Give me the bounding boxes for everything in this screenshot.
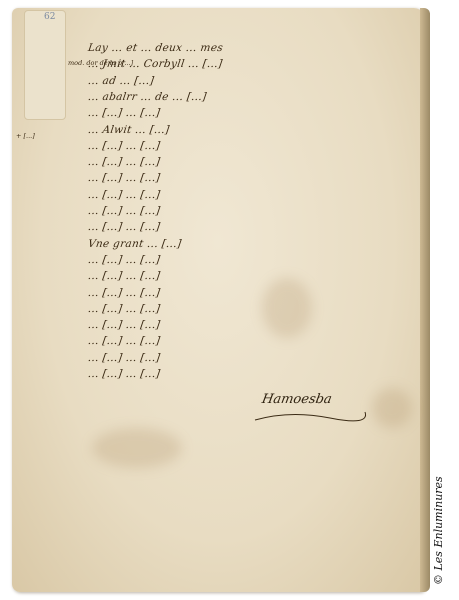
text-line: ... [...] ... [...] bbox=[87, 221, 161, 233]
watermark: © Les Enluminures bbox=[432, 476, 445, 585]
text-line: ... [...] ... [...] bbox=[87, 335, 161, 347]
manuscript-page bbox=[12, 8, 424, 592]
text-line: ... abalrr ... de ... [...] bbox=[87, 91, 207, 103]
stain bbox=[92, 428, 182, 468]
text-line: ... [...] ... [...] bbox=[87, 254, 161, 266]
text-line: ... [...] ... [...] bbox=[87, 172, 161, 184]
text-line: ... [...] ... [...] bbox=[87, 107, 161, 119]
text-line: Vne grant ... [...] bbox=[87, 238, 182, 250]
text-line: ... [...] ... [...] bbox=[87, 352, 161, 364]
margin-note: + [...] bbox=[16, 133, 35, 140]
stain bbox=[372, 388, 412, 428]
text-line: ... [...] ... [...] bbox=[87, 287, 161, 299]
text-line: ... ad ... [...] bbox=[87, 75, 155, 87]
text-line: ... [...] ... [...] bbox=[87, 368, 161, 380]
paper-tab bbox=[24, 10, 66, 120]
text-line: ... Jmit ... Corbyll ... [...] bbox=[87, 58, 223, 70]
text-line: ... Alwit ... [...] bbox=[87, 124, 170, 136]
signature-flourish bbox=[250, 400, 370, 430]
page-edge bbox=[420, 8, 430, 592]
text-line: Lay ... et ... deux ... mes bbox=[87, 42, 224, 54]
text-line: ... [...] ... [...] bbox=[87, 189, 161, 201]
folio-number: 62 bbox=[44, 12, 55, 22]
text-line: ... [...] ... [...] bbox=[87, 270, 161, 282]
text-line: ... [...] ... [...] bbox=[87, 156, 161, 168]
text-line: ... [...] ... [...] bbox=[87, 319, 161, 331]
text-line: ... [...] ... [...] bbox=[87, 205, 161, 217]
stain bbox=[262, 278, 312, 338]
text-line: ... [...] ... [...] bbox=[87, 140, 161, 152]
text-line: ... [...] ... [...] bbox=[87, 303, 161, 315]
